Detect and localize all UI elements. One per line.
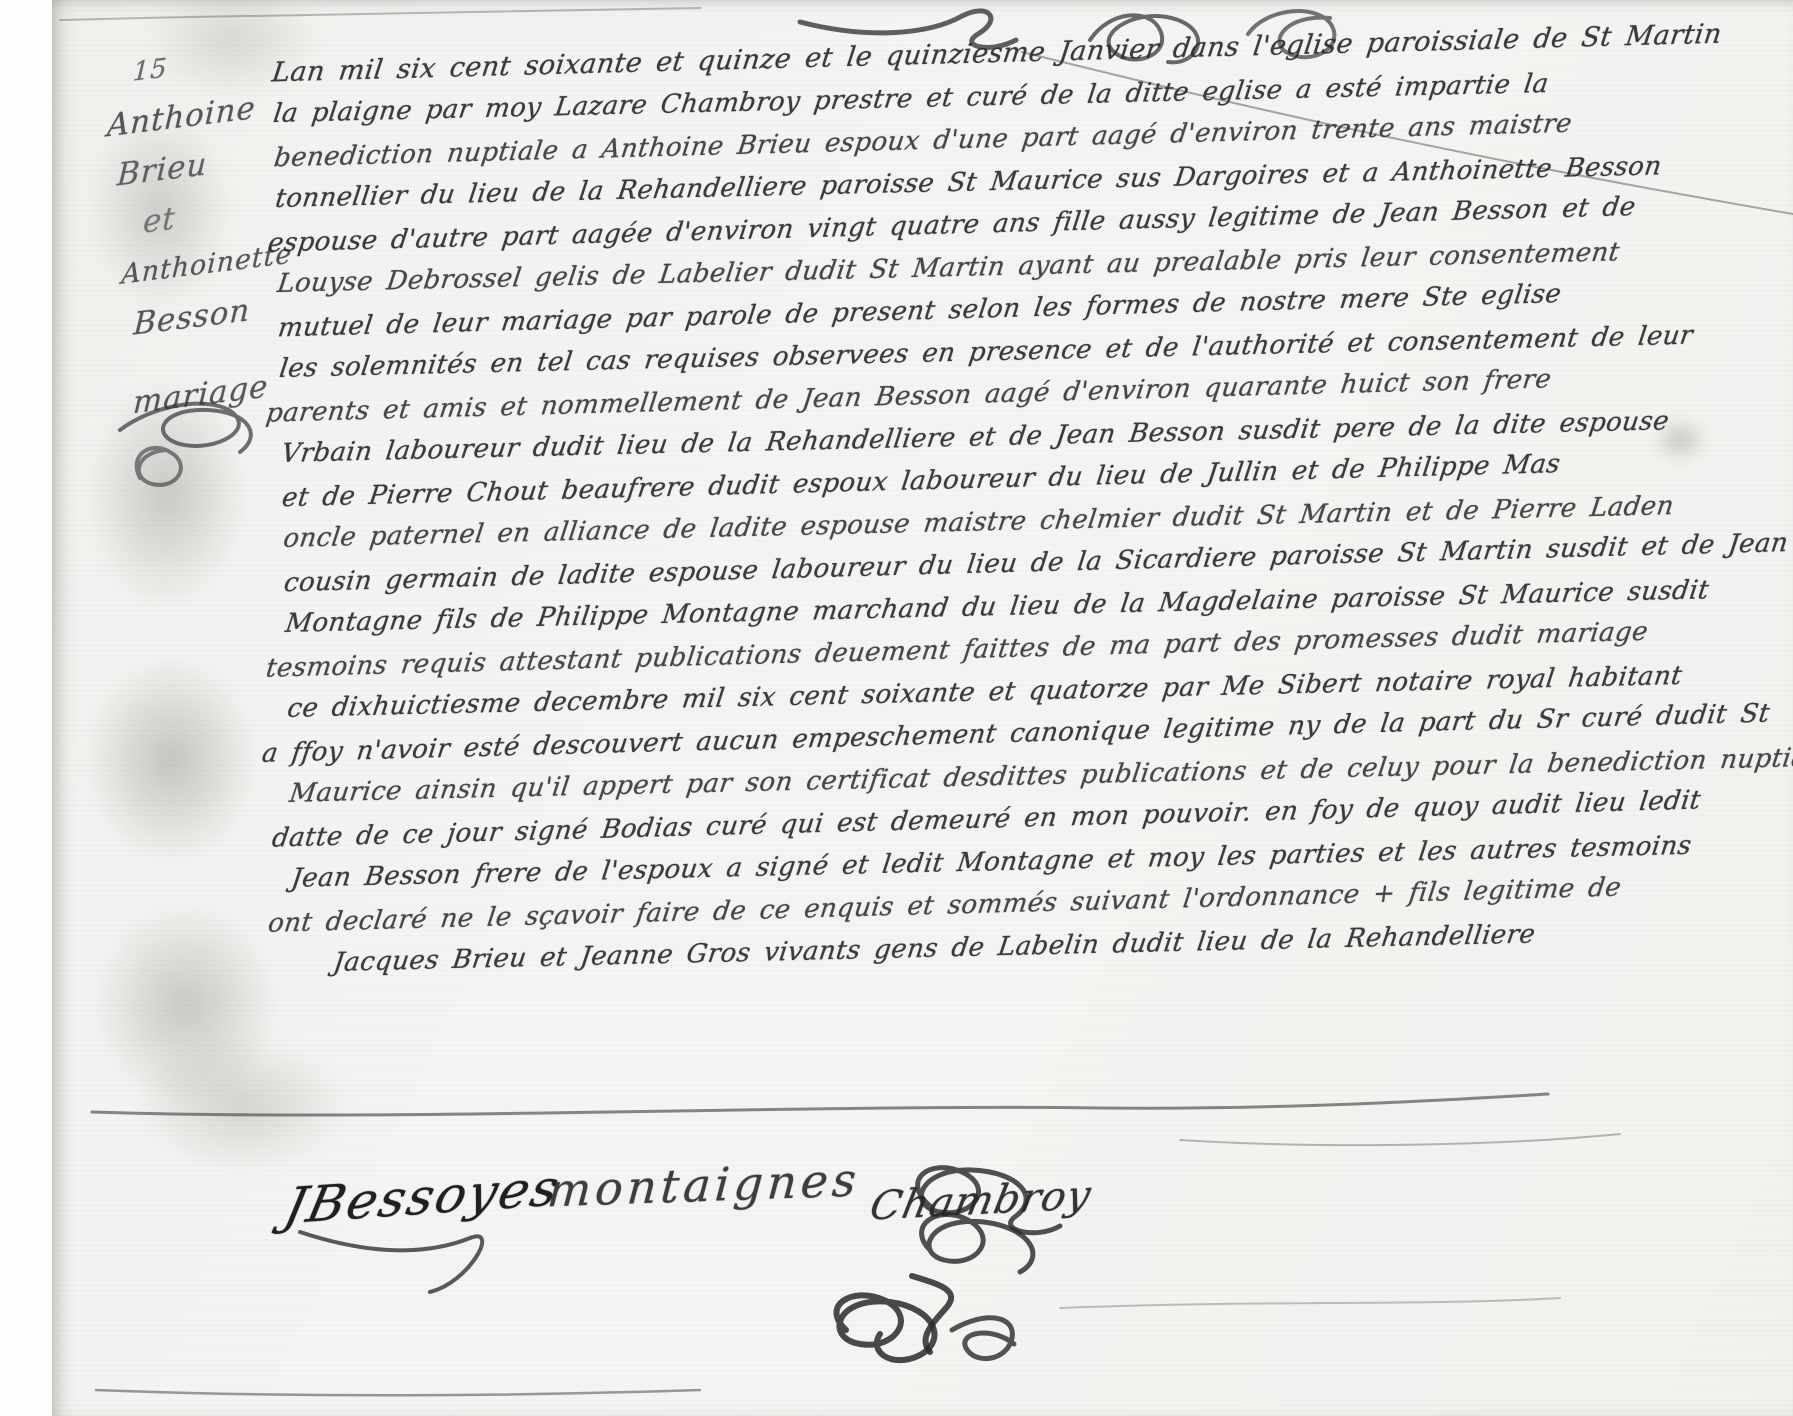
record-text: Lan mil six cent soixante et quinze et l… [272,14,1793,984]
document-scan: 15 Anthoine Brieu et Anthoinette Besson … [0,0,1793,1416]
signature-montaigne: montaignes [546,1153,862,1218]
stain-blotch [46,610,296,910]
stain-blotch [92,1010,392,1200]
